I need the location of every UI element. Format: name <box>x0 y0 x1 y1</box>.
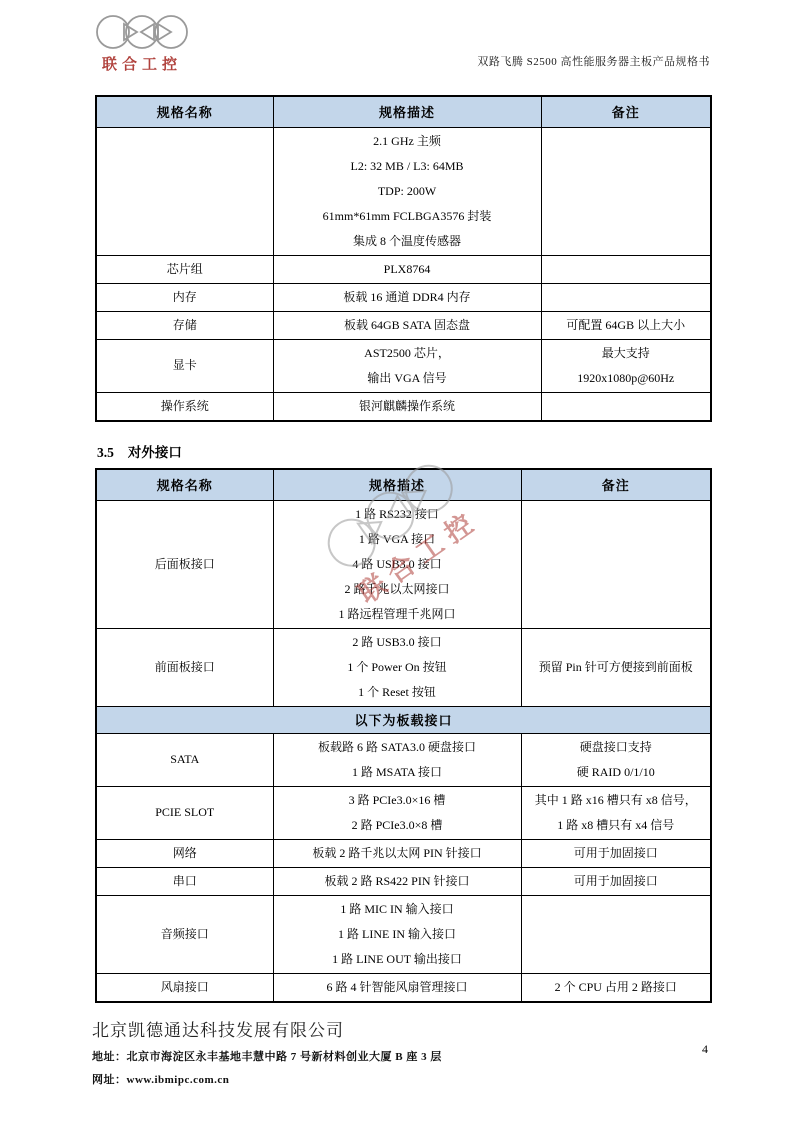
spec-table-interfaces: 规格名称规格描述备注后面板接口1 路 RS232 接口1 路 VGA 接口4 路… <box>95 468 712 1003</box>
cell-desc: 板载 2 路 RS422 PIN 针接口 <box>273 867 521 895</box>
cell-line: TDP: 200W <box>276 179 539 204</box>
column-header: 规格名称 <box>96 96 273 127</box>
cell-name: PCIE SLOT <box>96 786 273 839</box>
footer-website: 网址：www.ibmipc.com.cn <box>92 1071 442 1087</box>
section-heading: 3.5对外接口 <box>97 441 182 461</box>
cell-name: 网络 <box>96 839 273 867</box>
cell-desc: 2.1 GHz 主频L2: 32 MB / L3: 64MBTDP: 200W6… <box>273 127 541 255</box>
table-row: 网络板载 2 路千兆以太网 PIN 针接口可用于加固接口 <box>96 839 711 867</box>
cell-note: 预留 Pin 针可方便接到前面板 <box>521 628 711 706</box>
cell-line: 内存 <box>99 285 271 310</box>
table-row: SATA板载路 6 路 SATA3.0 硬盘接口1 路 MSATA 接口硬盘接口… <box>96 733 711 786</box>
cell-name: 风扇接口 <box>96 973 273 1002</box>
cell-line: 板载 2 路千兆以太网 PIN 针接口 <box>276 841 519 866</box>
cell-line: 1 路远程管理千兆网口 <box>276 602 519 627</box>
cell-line: 网络 <box>99 841 271 866</box>
cell-note: 可用于加固接口 <box>521 867 711 895</box>
cell-note: 可用于加固接口 <box>521 839 711 867</box>
cell-name: 后面板接口 <box>96 500 273 628</box>
cell-line: 可用于加固接口 <box>524 841 709 866</box>
table-row: 存储板载 64GB SATA 固态盘可配置 64GB 以上大小 <box>96 311 711 339</box>
cell-line: PLX8764 <box>276 257 539 282</box>
table-row: 前面板接口2 路 USB3.0 接口1 个 Power On 按钮1 个 Res… <box>96 628 711 706</box>
cell-line: 1 路 VGA 接口 <box>276 527 519 552</box>
cell-line: 1 路 LINE IN 输入接口 <box>276 922 519 947</box>
document-title: 双路飞腾 S2500 高性能服务器主板产品规格书 <box>477 53 710 69</box>
cell-desc: 板载 2 路千兆以太网 PIN 针接口 <box>273 839 521 867</box>
cell-line: 预留 Pin 针可方便接到前面板 <box>524 655 709 680</box>
cell-note <box>521 895 711 973</box>
page-footer: 北京凯德通达科技发展有限公司 地址：北京市海淀区永丰基地丰慧中路 7 号新材料创… <box>92 1016 442 1087</box>
cell-line: 芯片组 <box>99 257 271 282</box>
cell-line: 61mm*61mm FCLBGA3576 封装 <box>276 204 539 229</box>
table-row: 风扇接口6 路 4 针智能风扇管理接口2 个 CPU 占用 2 路接口 <box>96 973 711 1002</box>
document-page: 联合工控 双路飞腾 S2500 高性能服务器主板产品规格书 规格名称规格描述备注… <box>0 0 794 1123</box>
cell-name <box>96 127 273 255</box>
cell-line: 显卡 <box>99 353 271 378</box>
cell-desc: 板载 16 通道 DDR4 内存 <box>273 283 541 311</box>
cell-line: 前面板接口 <box>99 655 271 680</box>
cell-line: 硬盘接口支持 <box>524 735 709 760</box>
cell-line: L2: 32 MB / L3: 64MB <box>276 154 539 179</box>
cell-line: 可用于加固接口 <box>524 869 709 894</box>
cell-line: 1 路 x8 槽只有 x4 信号 <box>524 813 709 838</box>
cell-desc: 银河麒麟操作系统 <box>273 392 541 421</box>
cell-line: 集成 8 个温度传感器 <box>276 229 539 254</box>
footer-company-name: 北京凯德通达科技发展有限公司 <box>92 1016 442 1041</box>
cell-line: 板载 2 路 RS422 PIN 针接口 <box>276 869 519 894</box>
cell-desc: 2 路 USB3.0 接口1 个 Power On 按钮1 个 Reset 按钮 <box>273 628 521 706</box>
cell-name: 串口 <box>96 867 273 895</box>
cell-line: 可配置 64GB 以上大小 <box>544 313 709 338</box>
cell-line: 最大支持 <box>544 341 709 366</box>
logo-text: 联合工控 <box>90 53 194 74</box>
cell-note <box>541 283 711 311</box>
cell-name: 显卡 <box>96 339 273 392</box>
cell-note <box>521 500 711 628</box>
cell-line <box>99 179 271 204</box>
cell-line: 1920x1080p@60Hz <box>544 366 709 391</box>
cell-line: 1 路 MSATA 接口 <box>276 760 519 785</box>
cell-desc: AST2500 芯片，输出 VGA 信号 <box>273 339 541 392</box>
table-row: 显卡AST2500 芯片，输出 VGA 信号最大支持1920x1080p@60H… <box>96 339 711 392</box>
cell-line: 音频接口 <box>99 922 271 947</box>
table-row: PCIE SLOT3 路 PCIe3.0×16 槽2 路 PCIe3.0×8 槽… <box>96 786 711 839</box>
table-row: 后面板接口1 路 RS232 接口1 路 VGA 接口4 路 USB3.0 接口… <box>96 500 711 628</box>
cell-name: 芯片组 <box>96 255 273 283</box>
section-number: 3.5 <box>97 445 114 460</box>
table-row: 以下为板载接口 <box>96 706 711 733</box>
cell-line: 2 路 USB3.0 接口 <box>276 630 519 655</box>
page-number: 4 <box>702 1042 708 1057</box>
cell-desc: 板载 64GB SATA 固态盘 <box>273 311 541 339</box>
cell-line: 2 个 CPU 占用 2 路接口 <box>524 975 709 1000</box>
cell-line: 2.1 GHz 主频 <box>276 129 539 154</box>
table-row: 音频接口1 路 MIC IN 输入接口1 路 LINE IN 输入接口1 路 L… <box>96 895 711 973</box>
cell-line: 板载 16 通道 DDR4 内存 <box>276 285 539 310</box>
table-row: 内存板载 16 通道 DDR4 内存 <box>96 283 711 311</box>
cell-desc: PLX8764 <box>273 255 541 283</box>
cell-line: 3 路 PCIe3.0×16 槽 <box>276 788 519 813</box>
cell-line: PCIE SLOT <box>99 800 271 825</box>
cell-line: 后面板接口 <box>99 552 271 577</box>
cell-desc: 6 路 4 针智能风扇管理接口 <box>273 973 521 1002</box>
cell-note: 可配置 64GB 以上大小 <box>541 311 711 339</box>
cell-note: 2 个 CPU 占用 2 路接口 <box>521 973 711 1002</box>
table-header-row: 规格名称规格描述备注 <box>96 96 711 127</box>
table-row: 2.1 GHz 主频L2: 32 MB / L3: 64MBTDP: 200W6… <box>96 127 711 255</box>
cell-line: 2 路 PCIe3.0×8 槽 <box>276 813 519 838</box>
cell-line: 1 个 Power On 按钮 <box>276 655 519 680</box>
cell-line: 风扇接口 <box>99 975 271 1000</box>
cell-line: SATA <box>99 747 271 772</box>
footer-address: 地址：北京市海淀区永丰基地丰慧中路 7 号新材料创业大厦 B 座 3 层 <box>92 1048 442 1064</box>
cell-line: 操作系统 <box>99 394 271 419</box>
cell-line: 串口 <box>99 869 271 894</box>
section-title: 对外接口 <box>128 445 182 460</box>
table-header-row: 规格名称规格描述备注 <box>96 469 711 500</box>
cell-desc: 1 路 MIC IN 输入接口1 路 LINE IN 输入接口1 路 LINE … <box>273 895 521 973</box>
cell-name: SATA <box>96 733 273 786</box>
table-row: 串口板载 2 路 RS422 PIN 针接口可用于加固接口 <box>96 867 711 895</box>
cell-line: 输出 VGA 信号 <box>276 366 539 391</box>
cell-note: 其中 1 路 x16 槽只有 x8 信号，1 路 x8 槽只有 x4 信号 <box>521 786 711 839</box>
cell-name: 音频接口 <box>96 895 273 973</box>
cell-line: 1 个 Reset 按钮 <box>276 680 519 705</box>
cell-line: 板载路 6 路 SATA3.0 硬盘接口 <box>276 735 519 760</box>
cell-desc: 3 路 PCIe3.0×16 槽2 路 PCIe3.0×8 槽 <box>273 786 521 839</box>
cell-line: 1 路 LINE OUT 输出接口 <box>276 947 519 972</box>
cell-note <box>541 392 711 421</box>
cell-line: 6 路 4 针智能风扇管理接口 <box>276 975 519 1000</box>
cell-line: AST2500 芯片， <box>276 341 539 366</box>
cell-note <box>541 127 711 255</box>
column-header: 规格描述 <box>273 96 541 127</box>
column-header: 备注 <box>521 469 711 500</box>
cell-line: 1 路 RS232 接口 <box>276 502 519 527</box>
cell-line: 银河麒麟操作系统 <box>276 394 539 419</box>
column-header: 规格描述 <box>273 469 521 500</box>
column-header: 备注 <box>541 96 711 127</box>
table-row: 操作系统银河麒麟操作系统 <box>96 392 711 421</box>
spec-table-main: 规格名称规格描述备注2.1 GHz 主频L2: 32 MB / L3: 64MB… <box>95 95 712 422</box>
cell-line: 硬 RAID 0/1/10 <box>524 760 709 785</box>
logo-circles-icon <box>94 14 190 52</box>
cell-name: 前面板接口 <box>96 628 273 706</box>
cell-line: 其中 1 路 x16 槽只有 x8 信号， <box>524 788 709 813</box>
cell-name: 内存 <box>96 283 273 311</box>
table-section-divider: 以下为板载接口 <box>96 706 711 733</box>
cell-line: 4 路 USB3.0 接口 <box>276 552 519 577</box>
column-header: 规格名称 <box>96 469 273 500</box>
cell-name: 存储 <box>96 311 273 339</box>
cell-line: 板载 64GB SATA 固态盘 <box>276 313 539 338</box>
cell-name: 操作系统 <box>96 392 273 421</box>
cell-note: 硬盘接口支持硬 RAID 0/1/10 <box>521 733 711 786</box>
cell-desc: 1 路 RS232 接口1 路 VGA 接口4 路 USB3.0 接口2 路千兆… <box>273 500 521 628</box>
cell-line: 2 路千兆以太网接口 <box>276 577 519 602</box>
cell-line: 1 路 MIC IN 输入接口 <box>276 897 519 922</box>
cell-desc: 板载路 6 路 SATA3.0 硬盘接口1 路 MSATA 接口 <box>273 733 521 786</box>
cell-note <box>541 255 711 283</box>
table-row: 芯片组PLX8764 <box>96 255 711 283</box>
company-logo: 联合工控 <box>90 14 194 74</box>
cell-line: 存储 <box>99 313 271 338</box>
cell-note: 最大支持1920x1080p@60Hz <box>541 339 711 392</box>
